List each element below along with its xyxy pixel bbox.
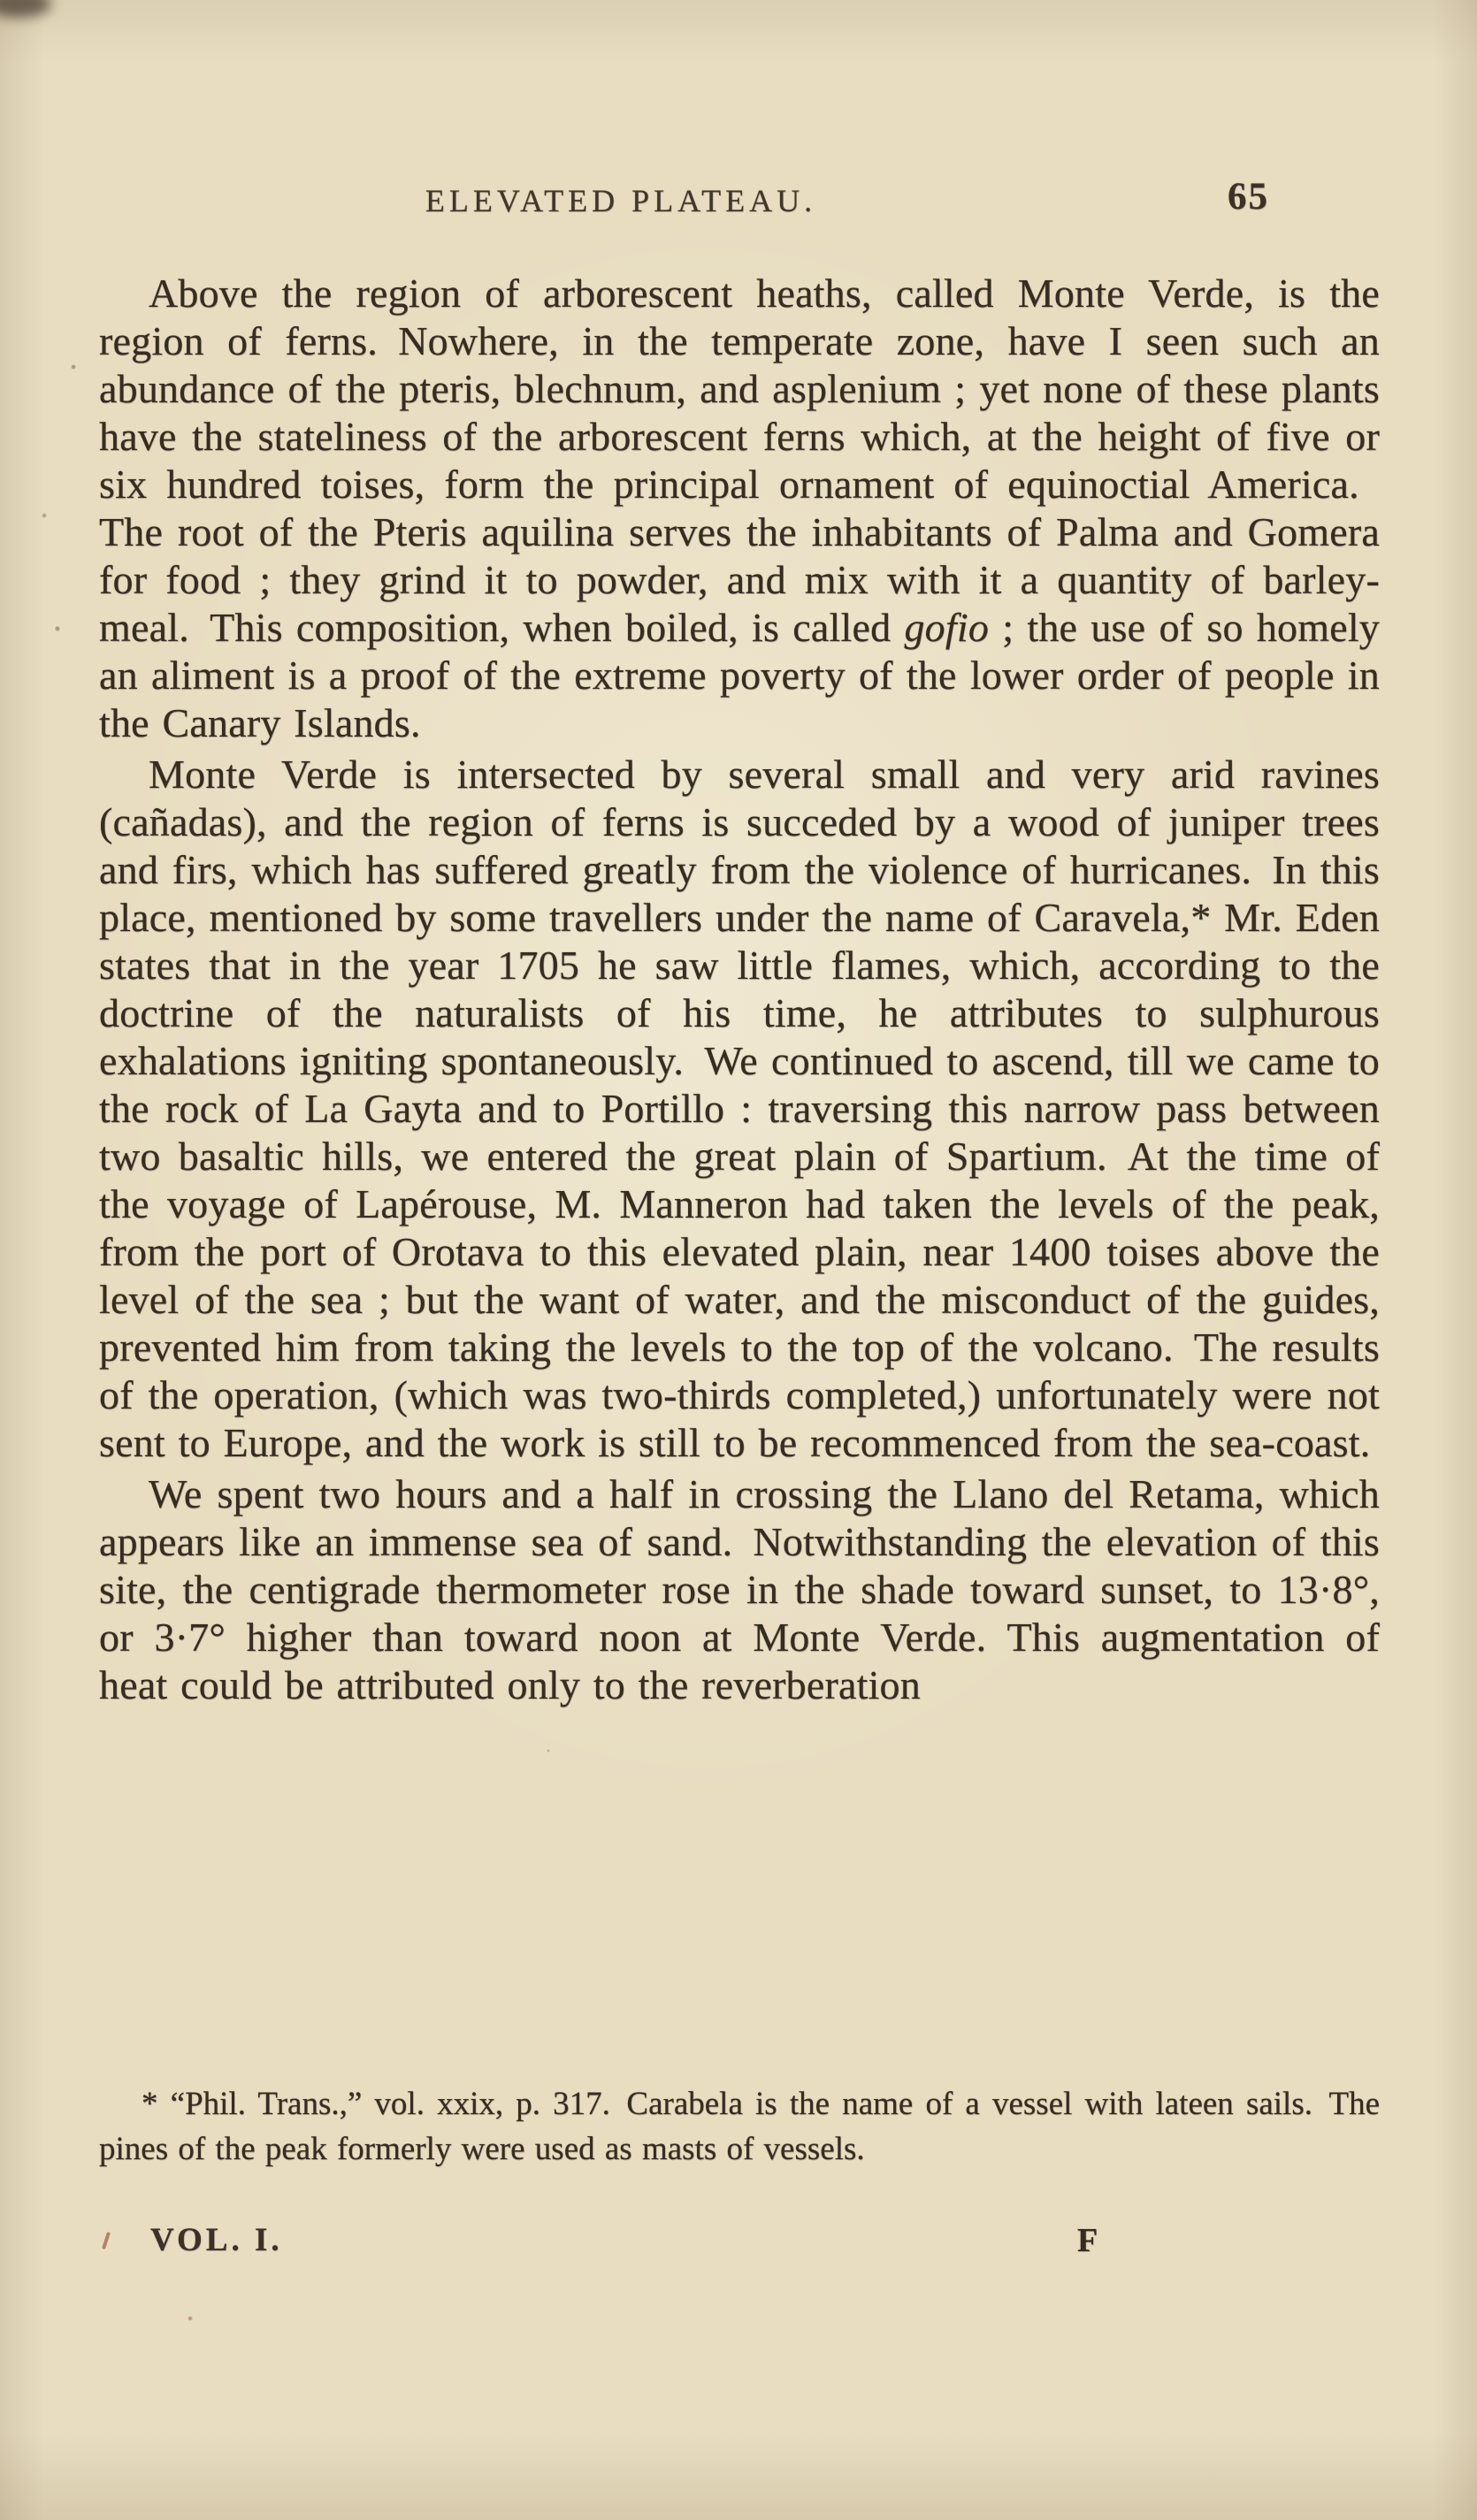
signature-mark: F (1077, 2221, 1098, 2260)
page-number: 65 (1228, 175, 1269, 218)
footnote: * “Phil. Trans.,” vol. xxix, p. 317. Car… (99, 2081, 1380, 2172)
page-body: Above the region of arborescent heaths, … (99, 270, 1380, 1713)
scanned-book-page: ELEVATED PLATEAU. 65 Above the region of… (0, 0, 1477, 2520)
volume-label: VOL. I. (150, 2221, 283, 2259)
paragraph-3: We spent two hours and a half in crossin… (99, 1470, 1380, 1709)
italic-term-gofio: gofio (904, 605, 989, 650)
paragraph-1-text-a: Above the region of arborescent heaths, … (99, 271, 1380, 650)
paragraph-1: Above the region of arborescent heaths, … (99, 270, 1380, 747)
page-header: ELEVATED PLATEAU. 65 (99, 182, 1380, 230)
paragraph-2: Monte Verde is intersected by several sm… (99, 751, 1380, 1467)
scan-corner-smudge (0, 0, 51, 18)
page-footer: VOL. I. F (99, 2221, 1380, 2265)
running-title: ELEVATED PLATEAU. (99, 182, 1143, 219)
